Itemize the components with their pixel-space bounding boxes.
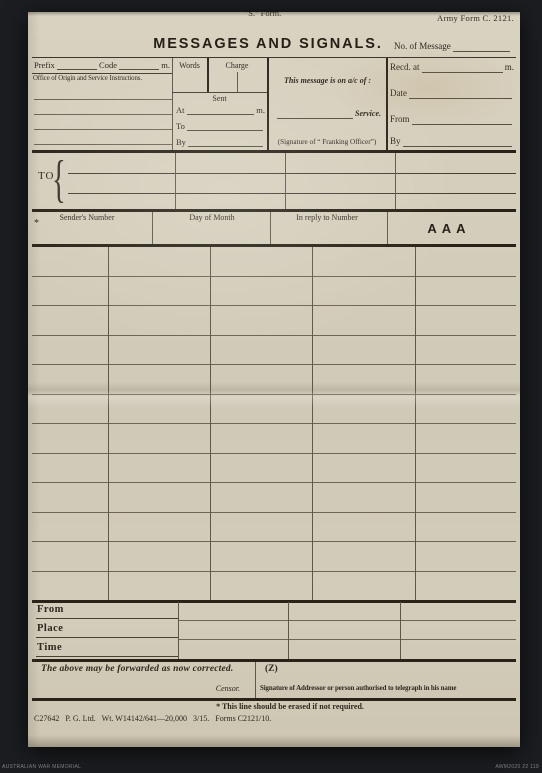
date-label: Date (390, 89, 407, 99)
ruled-line (32, 150, 516, 153)
brace-glyph: { (52, 151, 66, 209)
words-label: Words (172, 62, 207, 71)
aaa-procedure-sign: AAA (399, 221, 499, 236)
blank-field-line (187, 112, 255, 115)
ruled-line (178, 602, 179, 659)
blank-field-line (453, 49, 510, 52)
ruled-line (175, 153, 176, 209)
m-label: m. (505, 63, 514, 73)
ruled-line (285, 153, 286, 209)
ruled-line (32, 423, 516, 424)
footer-from-label: From (37, 604, 64, 615)
blank-field-line (409, 96, 512, 99)
day-of-month-label: Day of Month (162, 214, 262, 223)
ruled-line (32, 244, 516, 247)
ruled-line (34, 144, 172, 145)
ruled-line (255, 662, 256, 698)
received-at-field: Recd. at m. (390, 63, 514, 73)
blank-field-line (119, 67, 159, 70)
ruled-line (210, 246, 211, 600)
ruled-line (395, 153, 396, 209)
ruled-line (32, 335, 516, 336)
at-label: At (176, 106, 185, 115)
prefix-code-field: Prefix Code m. (34, 61, 170, 70)
m-label: m. (161, 61, 170, 70)
footer-time-label: Time (37, 642, 62, 653)
message-account-label: This message is on a/c of : (269, 76, 386, 85)
m-label: m. (256, 106, 265, 115)
ruled-line (32, 659, 516, 662)
date-field: Date (390, 89, 514, 99)
ruled-line (32, 571, 516, 572)
ruled-line (237, 72, 238, 92)
to-label: To (176, 122, 185, 131)
addressor-signature-label: Signature of Addressor or person authori… (260, 685, 516, 692)
no-of-message-label: No. of Message (394, 42, 451, 52)
ruled-line (36, 656, 178, 657)
ruled-line (32, 512, 516, 513)
ruled-line (312, 246, 313, 600)
erase-line-note: * This line should be erased if not requ… (140, 702, 440, 711)
blank-field-line (277, 116, 353, 119)
ruled-line (34, 114, 172, 115)
ruled-line (32, 364, 516, 365)
sent-by-field: By (176, 138, 265, 147)
charge-label: Charge (207, 62, 267, 71)
censor-label: Censor. (168, 684, 240, 693)
ruled-line (34, 129, 172, 130)
ruled-line (32, 394, 516, 395)
code-label: Code (99, 61, 117, 70)
archive-watermark-left: AUSTRALIAN WAR MEMORIAL (2, 764, 81, 770)
message-body-grid (32, 246, 516, 600)
ruled-line (32, 600, 516, 603)
ruled-line (32, 305, 516, 306)
form-paper: "S." Form. Army Form C. 2121. MESSAGES A… (28, 12, 520, 747)
blank-field-line (412, 122, 512, 125)
ruled-line (36, 618, 178, 619)
footer-place-label: Place (37, 623, 63, 634)
ruled-line (32, 73, 172, 74)
from-field: From (390, 115, 514, 125)
ruled-line (386, 58, 388, 151)
service-field: Service. (275, 110, 381, 119)
ruled-line (32, 698, 516, 701)
blank-field-line (57, 67, 97, 70)
franking-officer-signature-label: (Signature of “ Franking Officer”) (268, 138, 386, 146)
by-label: By (390, 137, 401, 147)
army-form-number: Army Form C. 2121. (437, 13, 514, 23)
office-of-origin-label: Office of Origin and Service Instruction… (33, 75, 172, 82)
page-title: MESSAGES AND SIGNALS. (92, 36, 444, 52)
blank-field-line (403, 144, 512, 147)
ruled-line (32, 541, 516, 542)
ruled-line (68, 193, 516, 194)
sent-at-field: At m. (176, 106, 265, 115)
form-type-caption: "S." Form. (218, 12, 308, 18)
archive-viewer-background: AUSTRALIAN WAR MEMORIAL AWM2020 22 119 "… (0, 0, 542, 773)
ruled-line (32, 482, 516, 483)
by-label: By (176, 138, 186, 147)
sent-to-field: To (176, 122, 265, 131)
ruled-line (32, 453, 516, 454)
archive-reference-number: AWM2020 22 119 (495, 764, 539, 770)
ruled-line (172, 92, 267, 93)
printer-imprint: C27642 P. G. Ltd. Wt. W14142/641—20,000 … (34, 714, 271, 723)
ruled-line (415, 246, 416, 600)
blank-field-line (422, 70, 503, 73)
ruled-line (36, 637, 178, 638)
blank-field-line (187, 128, 263, 131)
header-band: Prefix Code m. Office of Origin and Serv… (32, 57, 516, 151)
service-label: Service. (355, 110, 381, 119)
senders-number-label: Sender's Number (37, 214, 137, 223)
blank-field-line (188, 144, 263, 147)
ruled-line (400, 602, 401, 659)
recd-at-label: Recd. at (390, 63, 420, 73)
no-of-message-field: No. of Message (394, 42, 512, 52)
ruled-line (288, 602, 289, 659)
forward-corrected-note: The above may be forwarded as now correc… (41, 664, 233, 674)
sent-label: Sent (172, 95, 267, 104)
ruled-line (68, 173, 516, 174)
ruled-line (172, 58, 173, 151)
ruled-line (32, 209, 516, 212)
in-reply-to-label: In reply to Number (277, 214, 377, 223)
ruled-line (178, 620, 516, 621)
ruled-line (270, 212, 271, 244)
ruled-line (32, 276, 516, 277)
ruled-line (108, 246, 109, 600)
ruled-line (152, 212, 153, 244)
ruled-line (387, 212, 388, 244)
from-label: From (390, 115, 410, 125)
ruled-line (178, 639, 516, 640)
z-marker: (Z) (265, 664, 278, 674)
by-field: By (390, 137, 514, 147)
ruled-line (34, 99, 172, 100)
prefix-label: Prefix (34, 61, 55, 70)
